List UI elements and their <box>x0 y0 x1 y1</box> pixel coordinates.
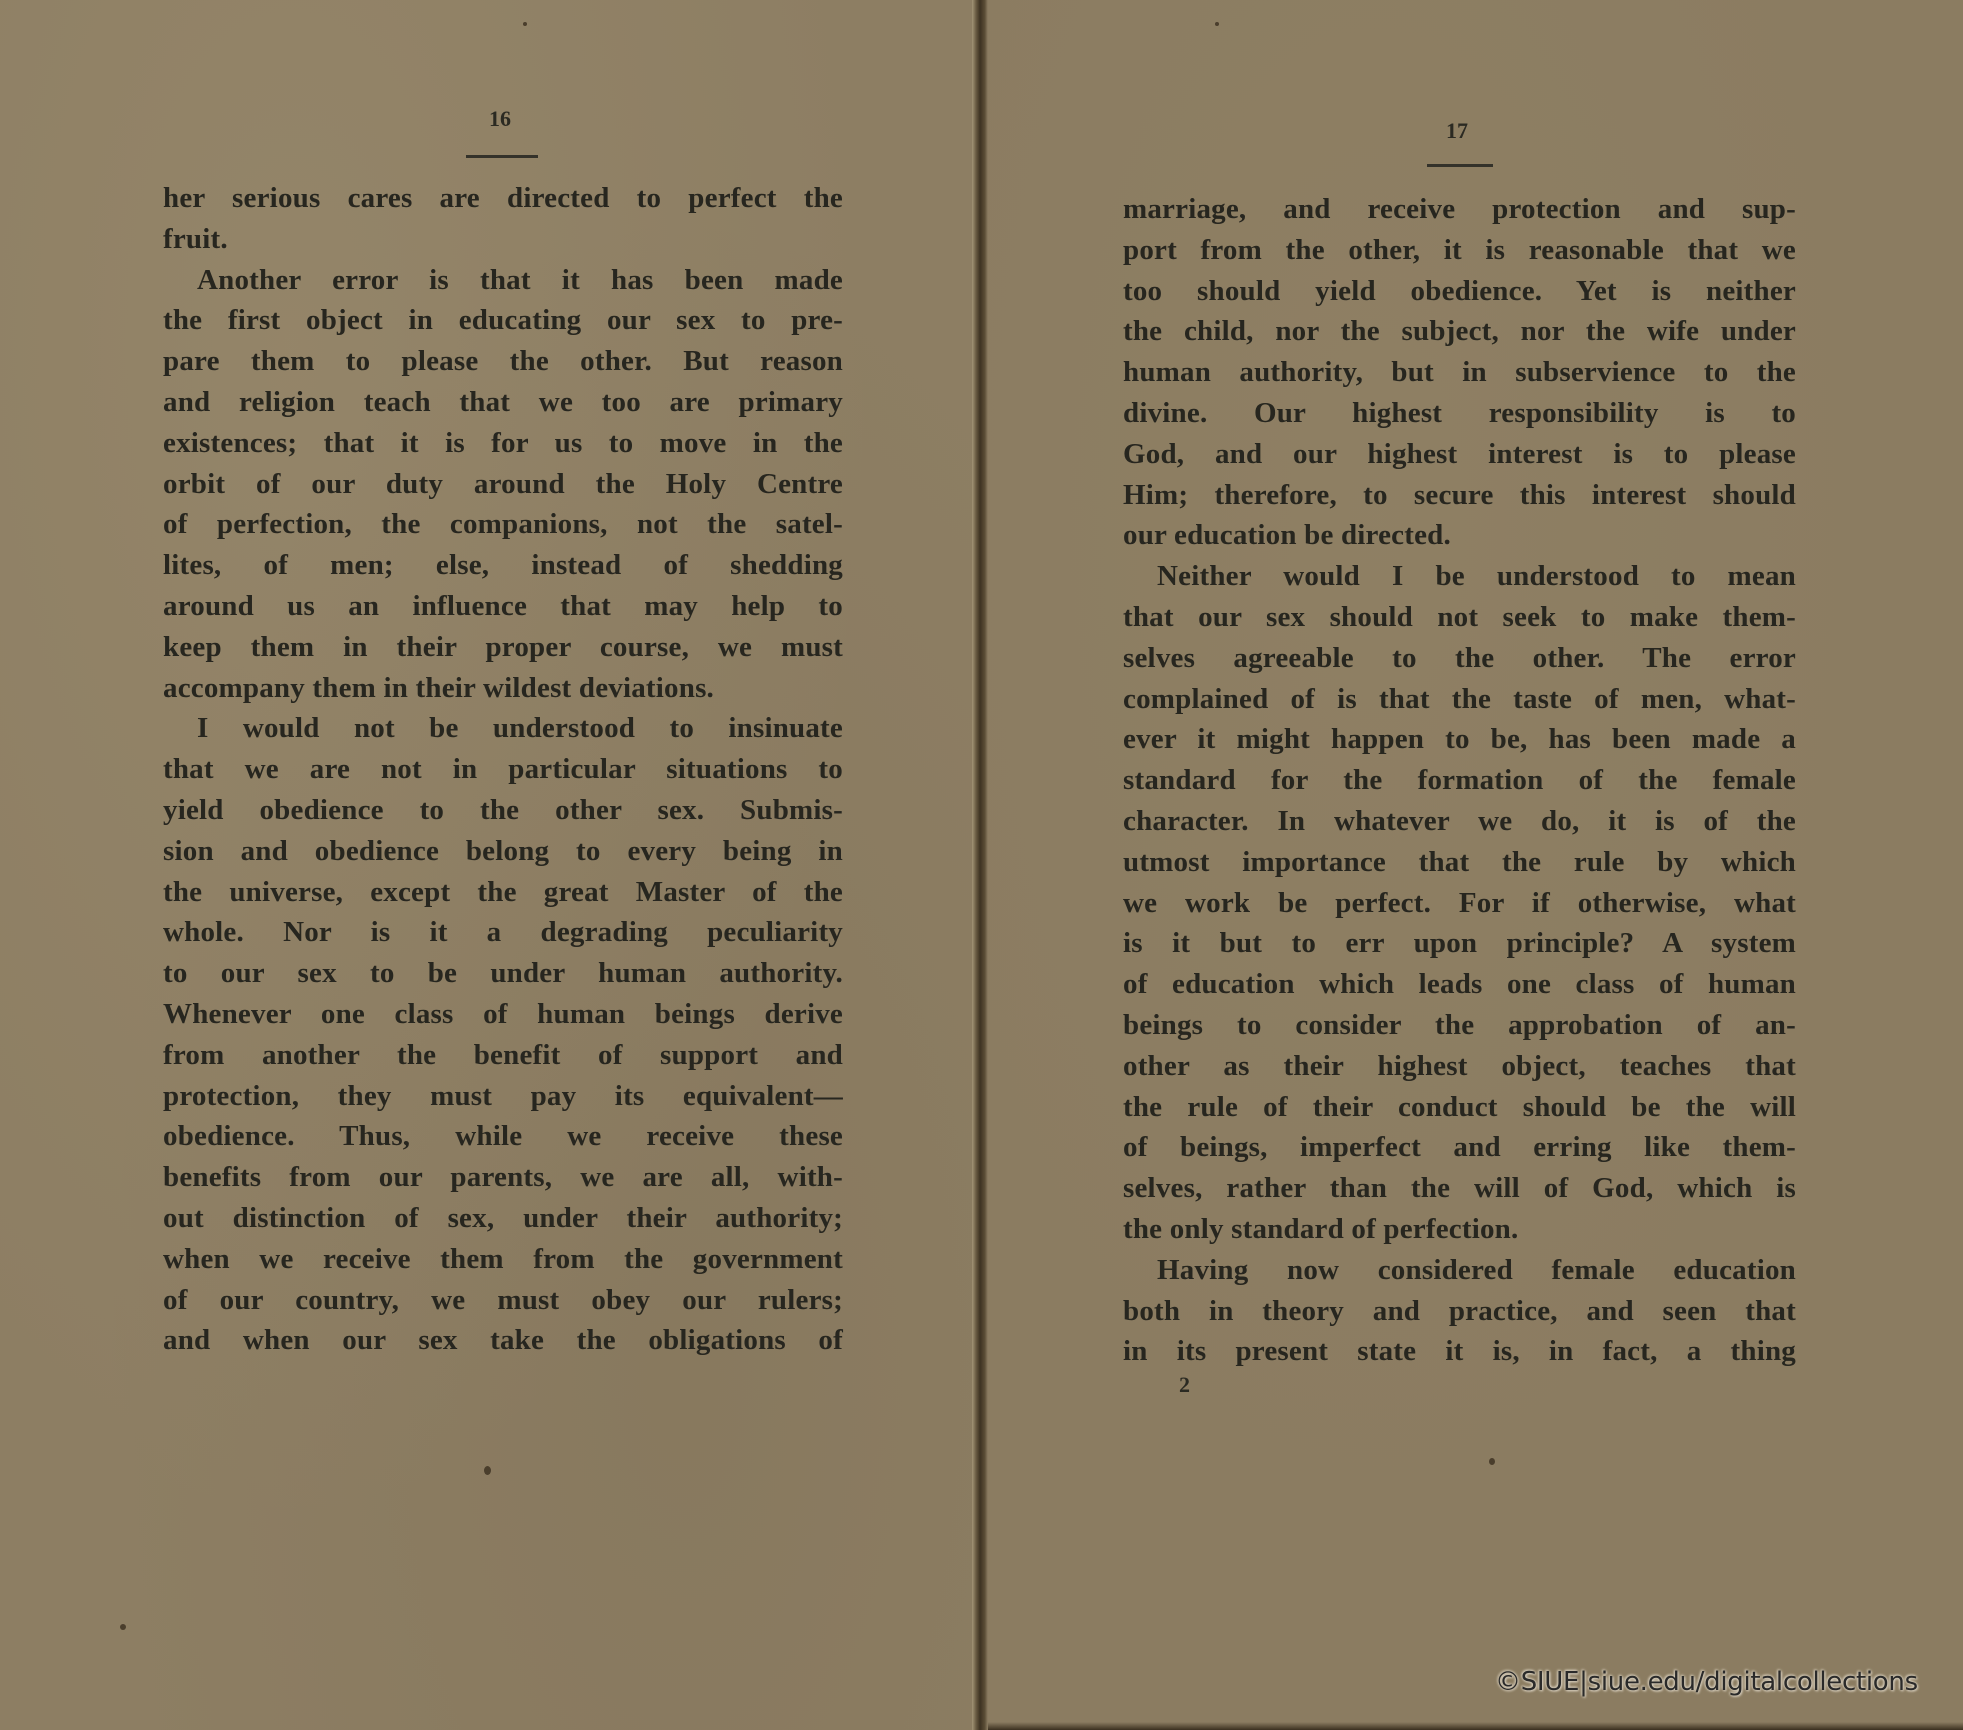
text-line: the only standard of perfection. <box>1123 1209 1796 1250</box>
text-line: both in theory and practice, and seen th… <box>1123 1291 1796 1332</box>
page-bottom-edge <box>988 1722 1963 1730</box>
header-rule-left <box>466 155 538 158</box>
paper-speck <box>484 1466 491 1475</box>
text-line: I would not be understood to insinuate <box>163 708 843 749</box>
text-line: out distinction of sex, under their auth… <box>163 1198 843 1239</box>
text-line: lites, of men; else, instead of shedding <box>163 545 843 586</box>
text-line: that we are not in particular situations… <box>163 749 843 790</box>
text-line: her serious cares are directed to perfec… <box>163 178 843 219</box>
paper-speck <box>1489 1458 1495 1465</box>
text-line: our education be directed. <box>1123 515 1796 556</box>
text-line: the first object in educating our sex to… <box>163 300 843 341</box>
text-line: marriage, and receive protection and sup… <box>1123 189 1796 230</box>
text-line: character. In whatever we do, it is of t… <box>1123 801 1796 842</box>
text-line: and religion teach that we too are prima… <box>163 382 843 423</box>
text-line: obedience. Thus, while we receive these <box>163 1116 843 1157</box>
text-line: of beings, imperfect and erring like the… <box>1123 1127 1796 1168</box>
text-line: orbit of our duty around the Holy Centre <box>163 464 843 505</box>
text-line: existences; that it is for us to move in… <box>163 423 843 464</box>
text-line: beings to consider the approbation of an… <box>1123 1005 1796 1046</box>
paper-speck <box>523 22 527 26</box>
text-line: Him; therefore, to secure this interest … <box>1123 475 1796 516</box>
paper-speck <box>120 1624 126 1630</box>
text-line: complained of is that the taste of men, … <box>1123 679 1796 720</box>
text-line: pare them to please the other. But reaso… <box>163 341 843 382</box>
left-page: 16 her serious cares are directed to per… <box>0 0 974 1730</box>
right-page-body: marriage, and receive protection and sup… <box>1123 189 1796 1372</box>
text-line: utmost importance that the rule by which <box>1123 842 1796 883</box>
text-line: accompany them in their wildest deviatio… <box>163 668 843 709</box>
text-line: other as their highest object, teaches t… <box>1123 1046 1796 1087</box>
text-line: the rule of their conduct should be the … <box>1123 1087 1796 1128</box>
page-number-left: 16 <box>460 106 540 132</box>
page-number-right: 17 <box>1417 118 1497 144</box>
text-line: Neither would I be understood to mean <box>1123 556 1796 597</box>
text-line: when we receive them from the government <box>163 1239 843 1280</box>
text-line: selves agreeable to the other. The error <box>1123 638 1796 679</box>
paper-speck <box>1215 22 1219 26</box>
copyright-watermark: ©SIUE|siue.edu/digitalcollections <box>1495 1667 1918 1697</box>
text-line: standard for the formation of the female <box>1123 760 1796 801</box>
header-rule-right <box>1427 164 1493 167</box>
right-page: 17 marriage, and receive protection and … <box>988 0 1963 1730</box>
text-line: Whenever one class of human beings deriv… <box>163 994 843 1035</box>
text-line: Another error is that it has been made <box>163 260 843 301</box>
text-line: benefits from our parents, we are all, w… <box>163 1157 843 1198</box>
text-line: God, and our highest interest is to plea… <box>1123 434 1796 475</box>
text-line: sion and obedience belong to every being… <box>163 831 843 872</box>
text-line: in its present state it is, in fact, a t… <box>1123 1331 1796 1372</box>
text-line: of perfection, the companions, not the s… <box>163 504 843 545</box>
text-line: that our sex should not seek to make the… <box>1123 597 1796 638</box>
left-page-body: her serious cares are directed to perfec… <box>163 178 843 1361</box>
text-line: human authority, but in subservience to … <box>1123 352 1796 393</box>
text-line: to our sex to be under human authority. <box>163 953 843 994</box>
text-line: keep them in their proper course, we mus… <box>163 627 843 668</box>
book-spine <box>972 0 988 1730</box>
text-line: divine. Our highest responsibility is to <box>1123 393 1796 434</box>
text-line: of education which leads one class of hu… <box>1123 964 1796 1005</box>
text-line: fruit. <box>163 219 843 260</box>
text-line: ever it might happen to be, has been mad… <box>1123 719 1796 760</box>
text-line: we work be perfect. For if otherwise, wh… <box>1123 883 1796 924</box>
text-line: of our country, we must obey our rulers; <box>163 1280 843 1321</box>
text-line: the universe, except the great Master of… <box>163 872 843 913</box>
text-line: protection, they must pay its equivalent… <box>163 1076 843 1117</box>
text-line: from another the benefit of support and <box>163 1035 843 1076</box>
text-line: yield obedience to the other sex. Submis… <box>163 790 843 831</box>
signature-mark: 2 <box>1179 1372 1190 1398</box>
text-line: the child, nor the subject, nor the wife… <box>1123 311 1796 352</box>
text-line: port from the other, it is reasonable th… <box>1123 230 1796 271</box>
text-line: whole. Nor is it a degrading peculiarity <box>163 912 843 953</box>
text-line: Having now considered female education <box>1123 1250 1796 1291</box>
text-line: around us an influence that may help to <box>163 586 843 627</box>
text-line: and when our sex take the obligations of <box>163 1320 843 1361</box>
text-line: is it but to err upon principle? A syste… <box>1123 923 1796 964</box>
text-line: selves, rather than the will of God, whi… <box>1123 1168 1796 1209</box>
text-line: too should yield obedience. Yet is neith… <box>1123 271 1796 312</box>
